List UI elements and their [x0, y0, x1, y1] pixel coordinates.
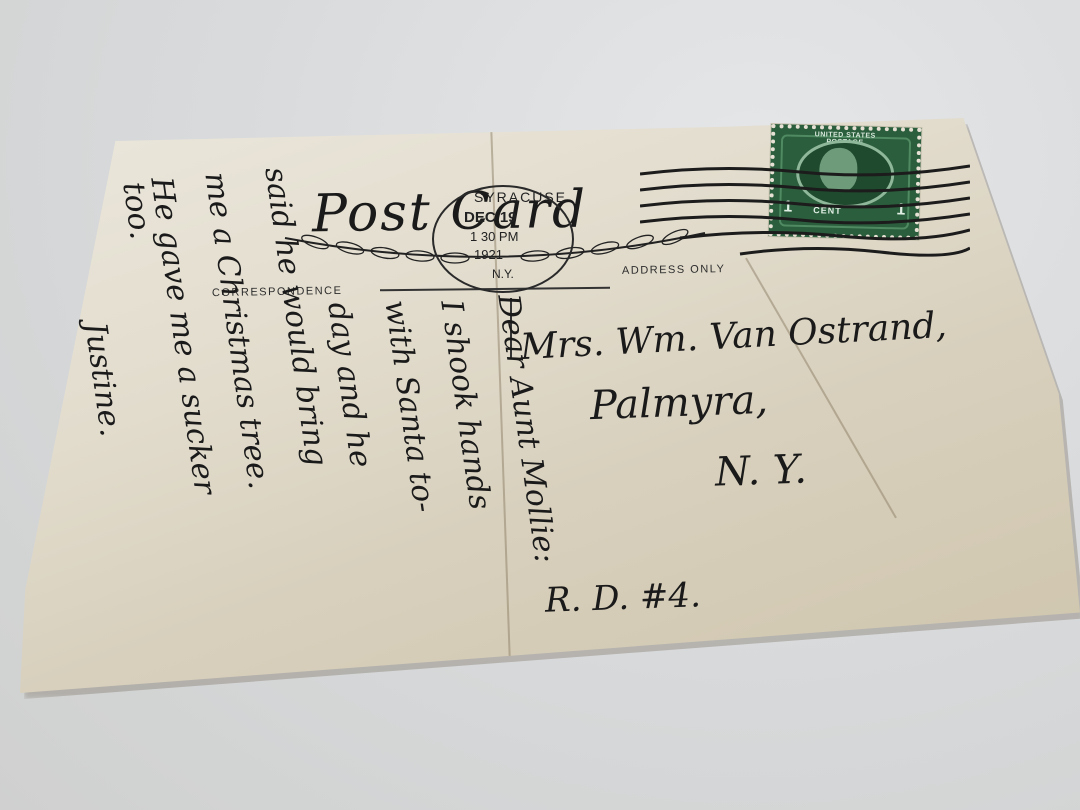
postmark-time: 1 30 PM — [470, 229, 518, 244]
address-line-route: R. D. #4. — [544, 575, 701, 620]
postmark-date: DEC 19 — [464, 209, 517, 226]
postmark: SYRACUSE DEC 19 1 30 PM 1921 N.Y. — [432, 185, 574, 293]
postmark-state: N.Y. — [492, 267, 514, 281]
address-line-town: Palmyra, — [589, 377, 768, 429]
photo-scene: Post Card CORRESPONDENCE ADDRESS ONLY SY… — [0, 0, 1080, 810]
postmark-year: 1921 — [474, 247, 503, 262]
cancellation-wavy-lines-icon — [640, 160, 970, 270]
postmark-city: SYRACUSE — [474, 189, 567, 205]
address-line-state: N. Y. — [714, 446, 807, 495]
